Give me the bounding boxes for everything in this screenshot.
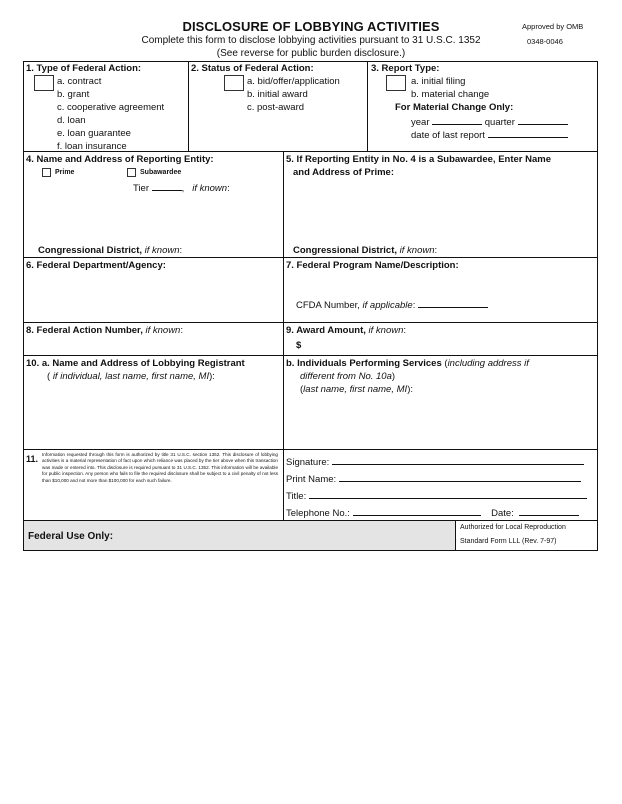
cfda-label: CFDA Number, — [296, 300, 360, 311]
option: e. loan guarantee — [57, 128, 131, 139]
divider — [23, 257, 598, 258]
section9-heading-row: 9. Award Amount, if known: — [286, 325, 406, 336]
divider — [188, 61, 189, 151]
section10b-note-cont: different from No. 10a) — [300, 371, 395, 382]
district-suffix: if known — [145, 245, 180, 256]
section10a-heading: 10. a. Name and Address of Lobbying Regi… — [26, 358, 245, 369]
last-report-row: date of last report — [411, 128, 568, 141]
section10b-note: including address if — [448, 358, 529, 369]
year-field[interactable] — [432, 115, 482, 125]
district-label: Congressional District, — [38, 245, 142, 256]
option: a. bid/offer/application — [247, 76, 340, 87]
quarter-label: quarter — [485, 117, 515, 128]
section10a-note-text: if individual, last name, first name, MI — [53, 371, 209, 382]
tier-suffix: if known — [192, 183, 227, 194]
district-label: Congressional District, — [293, 245, 397, 256]
title-field[interactable] — [309, 489, 587, 499]
section5-heading-cont: and Address of Prime: — [293, 167, 394, 178]
divider — [23, 449, 598, 450]
section11-text: Information requested through this form … — [42, 452, 278, 484]
cfda-suffix: if applicable — [363, 300, 413, 311]
subawardee-checkbox[interactable] — [127, 168, 136, 177]
form-note: (See reverse for public burden disclosur… — [0, 48, 622, 59]
section10b-note3: last name, first name, MI — [303, 384, 407, 395]
option: b. material change — [411, 89, 489, 100]
section5-heading: 5. If Reporting Entity in No. 4 is a Sub… — [286, 154, 551, 165]
telephone-label: Telephone No.: — [286, 508, 350, 519]
telephone-row: Telephone No.: Date: — [286, 506, 579, 519]
section10a-note: ( if individual, last name, first name, … — [47, 371, 215, 382]
print-name-label: Print Name: — [286, 474, 336, 485]
tier-row: Tier , if known: — [133, 181, 230, 194]
option: c. post-award — [247, 102, 304, 113]
date-last-report-label: date of last report — [411, 130, 485, 141]
section7-heading: 7. Federal Program Name/Description: — [286, 260, 459, 271]
signature-row: Signature: — [286, 455, 584, 468]
divider — [23, 322, 598, 323]
district-row: Congressional District, if known: — [38, 245, 182, 256]
district-suffix: if known — [400, 245, 435, 256]
subawardee-label: Subawardee — [140, 169, 181, 176]
signature-label: Signature: — [286, 457, 329, 468]
option: d. loan — [57, 115, 86, 126]
divider — [455, 520, 456, 551]
omb-label: Approved by OMB — [522, 22, 583, 31]
option: b. initial award — [247, 89, 308, 100]
section11-number: 11. — [26, 454, 38, 464]
cfda-field[interactable] — [418, 298, 488, 308]
year-label: year — [411, 117, 429, 128]
divider — [367, 61, 368, 151]
title-label: Title: — [286, 491, 306, 502]
quarter-field[interactable] — [518, 115, 568, 125]
date-last-report-field[interactable] — [488, 128, 568, 138]
telephone-field[interactable] — [353, 506, 481, 516]
material-change-heading: For Material Change Only: — [395, 102, 513, 113]
section4-heading: 4. Name and Address of Reporting Entity: — [26, 154, 214, 165]
section3-heading: 3. Report Type: — [371, 63, 439, 74]
section10b-heading-row: b. Individuals Performing Services (incl… — [286, 358, 529, 369]
option: a. initial filing — [411, 76, 465, 87]
section8-suffix: if known — [145, 325, 180, 336]
prime-label: Prime — [55, 169, 74, 176]
tier-label: Tier — [133, 183, 149, 194]
date-field[interactable] — [519, 506, 579, 516]
federal-use-label: Federal Use Only: — [28, 531, 113, 542]
form-id: Standard Form LLL (Rev. 7-97) — [460, 538, 557, 545]
status-checkbox[interactable] — [224, 75, 244, 91]
section1-heading: 1. Type of Federal Action: — [26, 63, 141, 74]
section6-heading: 6. Federal Department/Agency: — [26, 260, 166, 271]
option: b. grant — [57, 89, 89, 100]
tier-field[interactable] — [152, 181, 182, 191]
cfda-row: CFDA Number, if applicable: — [296, 298, 488, 311]
section10b-note3-row: (last name, first name, MI): — [300, 384, 413, 395]
signature-field[interactable] — [332, 455, 584, 465]
divider — [283, 151, 284, 520]
print-name-row: Print Name: — [286, 472, 581, 485]
section9-heading: 9. Award Amount, — [286, 325, 366, 336]
prime-checkbox[interactable] — [42, 168, 51, 177]
title-row: Title: — [286, 489, 587, 502]
option: f. loan insurance — [57, 141, 127, 152]
option: c. cooperative agreement — [57, 102, 164, 113]
type-checkbox[interactable] — [34, 75, 54, 91]
divider — [23, 355, 598, 356]
section8-heading-row: 8. Federal Action Number, if known: — [26, 325, 183, 336]
section8-heading: 8. Federal Action Number, — [26, 325, 143, 336]
year-quarter-row: year quarter — [411, 115, 568, 128]
omb-number: 0348-0046 — [527, 37, 563, 46]
print-name-field[interactable] — [339, 472, 581, 482]
date-label: Date: — [491, 508, 514, 519]
option: a. contract — [57, 76, 101, 87]
section2-heading: 2. Status of Federal Action: — [191, 63, 314, 74]
district-row: Congressional District, if known: — [293, 245, 437, 256]
section9-suffix: if known — [369, 325, 404, 336]
currency-symbol: $ — [296, 340, 301, 351]
section10b-note2: different from No. 10a — [300, 371, 392, 382]
authorized-label: Authorized for Local Reproduction — [460, 524, 566, 531]
section10b-heading: b. Individuals Performing Services — [286, 358, 442, 369]
report-type-checkbox[interactable] — [386, 75, 406, 91]
